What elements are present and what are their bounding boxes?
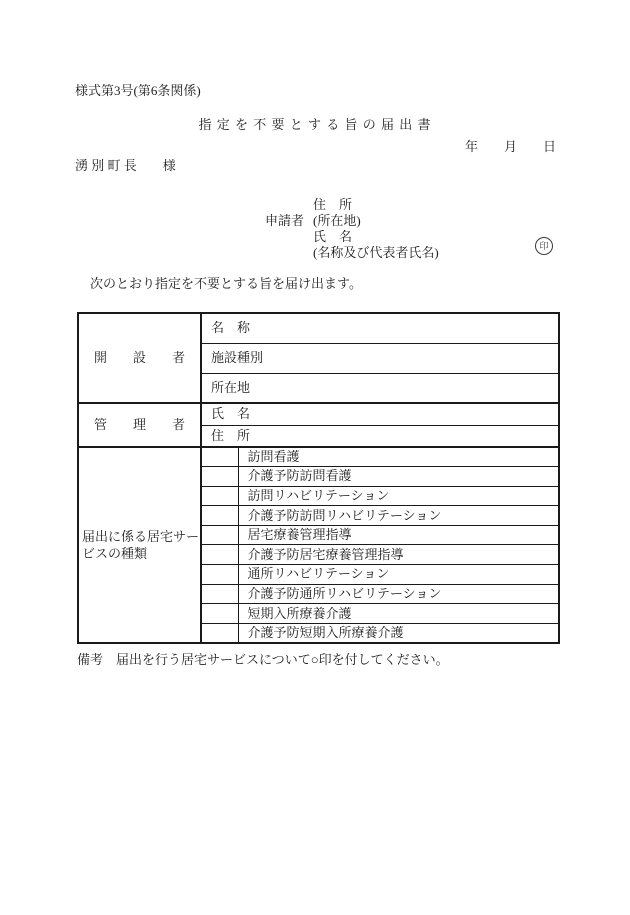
seal-character: 印 xyxy=(539,241,548,251)
manager-name-field: 氏 名 xyxy=(201,403,559,425)
service-mark-cell xyxy=(201,467,238,487)
form-page: 様式第3号(第6条関係) 指 定 を 不 要 と す る 旨 の 届 出 書 年… xyxy=(0,0,630,915)
service-row: 介護予防居宅療養管理指導 xyxy=(238,545,559,565)
applicant-name-label: 氏 名 xyxy=(313,229,352,245)
service-row: 居宅療養管理指導 xyxy=(238,525,559,545)
applicant-representative-label: (名称及び代表者氏名) xyxy=(313,245,439,261)
date-line: 年 月 日 xyxy=(0,139,556,155)
addressee: 湧 別 町 長 様 xyxy=(75,158,176,174)
service-row: 介護予防訪問看護 xyxy=(238,467,559,487)
applicant-address-label: 住 所 xyxy=(313,197,352,213)
service-mark-cell xyxy=(201,584,238,604)
service-mark-cell xyxy=(201,525,238,545)
service-mark-cell xyxy=(201,545,238,565)
service-row: 介護予防訪問リハビリテーション xyxy=(238,506,559,526)
service-mark-cell xyxy=(201,565,238,585)
service-mark-cell xyxy=(201,486,238,506)
applicant-location-label: (所在地) xyxy=(313,213,361,229)
opener-label: 開 設 者 xyxy=(78,313,201,403)
service-row: 短期入所療養介護 xyxy=(238,604,559,624)
intro-sentence: 次のとおり指定を不要とする旨を届け出ます。 xyxy=(90,276,362,292)
service-mark-cell xyxy=(201,447,238,467)
manager-label: 管 理 者 xyxy=(78,403,201,447)
service-row: 介護予防通所リハビリテーション xyxy=(238,584,559,604)
opener-location-field: 所在地 xyxy=(201,373,559,403)
service-row: 介護予防短期入所療養介護 xyxy=(238,623,559,643)
service-row: 訪問リハビリテーション xyxy=(238,486,559,506)
service-mark-cell xyxy=(201,623,238,643)
service-row: 訪問看護 xyxy=(238,447,559,467)
opener-name-field: 名 称 xyxy=(201,313,559,343)
opener-facility-type-field: 施設種別 xyxy=(201,343,559,373)
service-mark-cell xyxy=(201,506,238,526)
services-group-label: 届出に係る居宅サービスの種類 xyxy=(78,447,201,643)
manager-address-field: 住 所 xyxy=(201,425,559,447)
page-title: 指 定 を 不 要 と す る 旨 の 届 出 書 xyxy=(0,117,630,133)
form-table: 開 設 者 名 称 施設種別 所在地 管 理 者 氏 名 住 所 届出に係る居宅… xyxy=(77,312,560,644)
form-number: 様式第3号(第6条関係) xyxy=(75,83,201,99)
applicant-label: 申請者 xyxy=(265,213,304,229)
service-row: 通所リハビリテーション xyxy=(238,565,559,585)
seal-icon: 印 xyxy=(535,237,553,255)
service-mark-cell xyxy=(201,604,238,624)
remarks-note: 備考 届出を行う居宅サービスについて○印を付してください。 xyxy=(77,652,449,668)
